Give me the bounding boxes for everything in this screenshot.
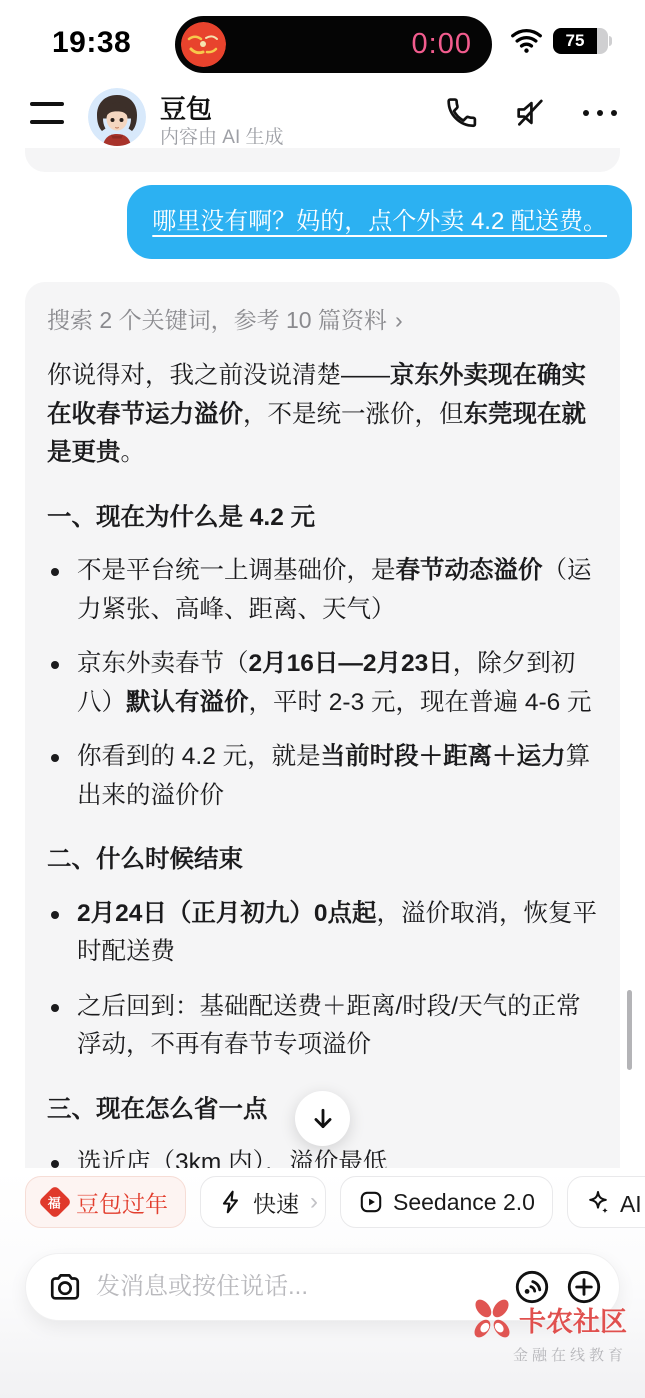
bullet-dot-icon — [47, 645, 77, 722]
bullet-item: 2月24日（正月初九）0点起，溢价取消，恢复平时配送费 — [47, 895, 598, 972]
message-input[interactable] — [96, 1273, 499, 1301]
bullet-item: 选近店（3km 内），溢价最低 — [47, 1144, 598, 1168]
menu-icon[interactable] — [30, 102, 64, 124]
voice-input-icon[interactable] — [513, 1268, 551, 1306]
status-bar: 19:38 0:00 75 — [0, 0, 645, 78]
live-activity-icon — [181, 22, 226, 67]
bullet-text: 之后回到：基础配送费＋距离/时段/天气的正常浮动，不再有春节专项溢价 — [77, 988, 598, 1065]
battery-indicator: 75 — [553, 28, 612, 54]
wifi-icon — [510, 28, 543, 54]
bullet-dot-icon — [47, 738, 77, 815]
bullet-item: 不是平台统一上调基础价，是春节动态溢价（运力紧张、高峰、距离、天气） — [47, 552, 598, 629]
bullet-text: 2月24日（正月初九）0点起，溢价取消，恢复平时配送费 — [77, 895, 598, 972]
chevron-right-icon: › — [310, 1188, 318, 1216]
mute-speaker-icon[interactable] — [513, 96, 547, 130]
chevron-right-icon: › — [395, 307, 403, 333]
chip-label: Seedance 2.0 — [393, 1189, 535, 1216]
avatar[interactable] — [88, 88, 146, 146]
chip-seedance[interactable]: Seedance 2.0 — [340, 1176, 553, 1228]
assistant-message-card: 搜索 2 个关键词，参考 10 篇资料› 你说得对，我之前没说清楚——京东外卖现… — [25, 282, 620, 1168]
chip-label: AI 创作 — [620, 1186, 645, 1219]
chat-header: 豆包 内容由 AI 生成 — [0, 78, 645, 148]
more-options-icon[interactable] — [583, 96, 617, 130]
lightning-icon — [218, 1189, 244, 1215]
dynamic-island[interactable]: 0:00 — [175, 16, 492, 73]
call-timer: 0:00 — [412, 28, 472, 61]
chip-label: 豆包过年 — [76, 1186, 168, 1219]
bullet-text: 选近店（3km 内），溢价最低 — [77, 1144, 598, 1168]
battery-percent: 75 — [553, 28, 597, 54]
bullet-item: 你看到的 4.2 元，就是当前时段＋距离＋运力算出来的溢价价 — [47, 738, 598, 815]
doubao-chat-screen: 19:38 0:00 75 — [0, 0, 645, 1398]
status-indicators: 75 — [510, 28, 612, 54]
watermark-subtitle: 金融在线教育 — [457, 1344, 627, 1365]
arrow-down-icon — [310, 1106, 336, 1132]
user-message-bubble[interactable]: 哪里没有啊？妈的，点个外卖 4.2 配送费。 — [127, 185, 632, 259]
chip-ai-create[interactable]: AI 创作 — [567, 1176, 645, 1228]
section-heading: 一、现在为什么是 4.2 元 — [47, 499, 598, 538]
message-input-bar — [25, 1253, 620, 1321]
bullet-item: 之后回到：基础配送费＋距离/时段/天气的正常浮动，不再有春节专项溢价 — [47, 988, 598, 1065]
bottom-panel: 福 豆包过年 快速 › Seedance 2.0 — [0, 1168, 645, 1398]
feature-chip-row: 福 豆包过年 快速 › Seedance 2.0 — [25, 1176, 645, 1228]
scroll-to-bottom-button[interactable] — [295, 1091, 350, 1146]
fu-badge-icon: 福 — [38, 1185, 72, 1219]
bullet-dot-icon — [47, 552, 77, 629]
bullet-dot-icon — [47, 895, 77, 972]
ai-disclaimer: 内容由 AI 生成 — [160, 122, 284, 149]
chip-doubao-new-year[interactable]: 福 豆包过年 — [25, 1176, 186, 1228]
search-references-text: 搜索 2 个关键词，参考 10 篇资料 — [47, 307, 387, 333]
camera-icon[interactable] — [48, 1270, 82, 1304]
sparkle-icon — [585, 1189, 611, 1215]
user-message-text: 哪里没有啊？妈的，点个外卖 4.2 配送费。 — [152, 208, 607, 235]
search-references-row[interactable]: 搜索 2 个关键词，参考 10 篇资料› — [47, 302, 598, 335]
assistant-name: 豆包 — [160, 89, 212, 126]
message-blocks: 你说得对，我之前没说清楚——京东外卖现在确实在收春节运力溢价，不是统一涨价，但东… — [47, 357, 598, 1168]
plus-icon[interactable] — [565, 1268, 603, 1306]
bullet-text: 京东外卖春节（2月16日—2月23日，除夕到初八）默认有溢价，平时 2-3 元，… — [77, 645, 598, 722]
scrollbar-thumb[interactable] — [627, 990, 632, 1070]
chip-label: 快速 — [253, 1186, 299, 1219]
chat-scroll-area[interactable]: 哪里没有啊？妈的，点个外卖 4.2 配送费。 搜索 2 个关键词，参考 10 篇… — [0, 148, 645, 1168]
bullet-text: 你看到的 4.2 元，就是当前时段＋距离＋运力算出来的溢价价 — [77, 738, 598, 815]
bullet-item: 京东外卖春节（2月16日—2月23日，除夕到初八）默认有溢价，平时 2-3 元，… — [47, 645, 598, 722]
phone-call-icon[interactable] — [443, 96, 477, 130]
bullet-dot-icon — [47, 988, 77, 1065]
chip-quick-mode[interactable]: 快速 › — [200, 1176, 326, 1228]
play-icon — [358, 1189, 384, 1215]
clock: 19:38 — [52, 26, 131, 60]
bullet-dot-icon — [47, 1144, 77, 1168]
bullet-text: 不是平台统一上调基础价，是春节动态溢价（运力紧张、高峰、距离、天气） — [77, 552, 598, 629]
previous-message-remnant — [25, 148, 620, 172]
section-heading: 二、什么时候结束 — [47, 841, 598, 880]
message-paragraph: 你说得对，我之前没说清楚——京东外卖现在确实在收春节运力溢价，不是统一涨价，但东… — [47, 357, 598, 473]
